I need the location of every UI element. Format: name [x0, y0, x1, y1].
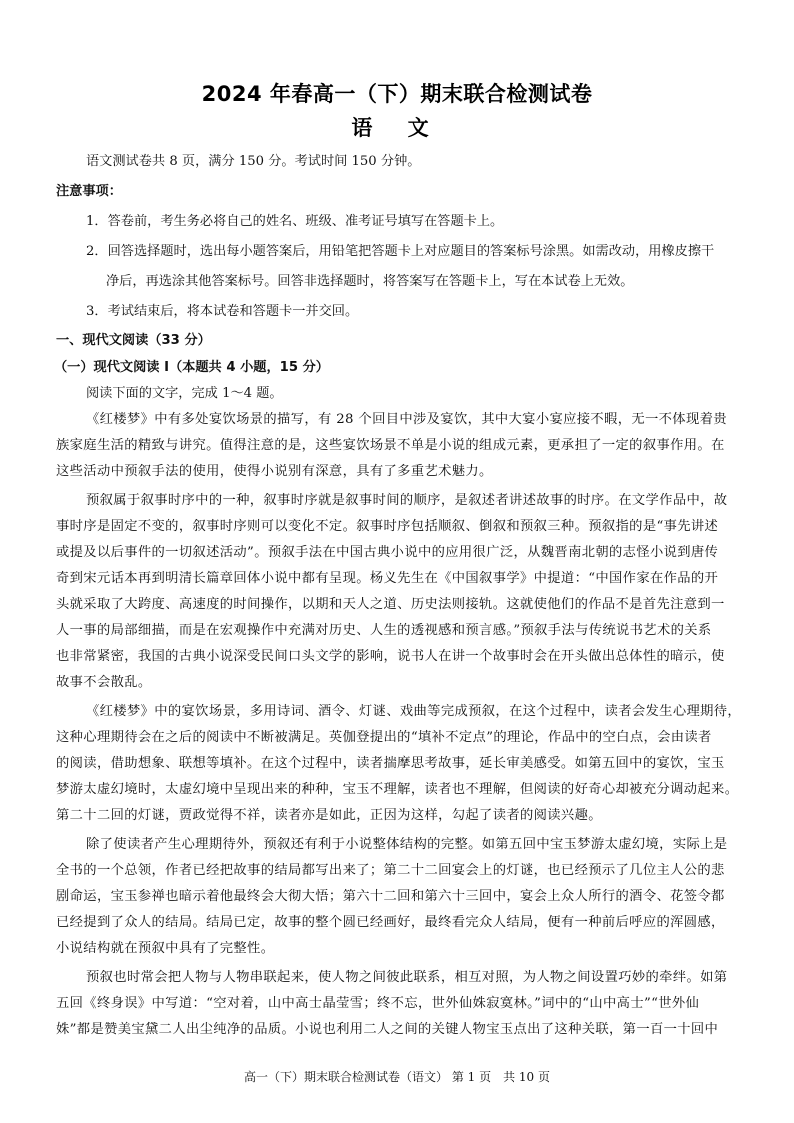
exam-page: 2024 年春高一（下）期末联合检测试卷 语 文 语文测试卷共 8 页，满分 1…: [0, 0, 794, 1123]
passage-line: 《红楼梦》中的宴饮场景，多用诗词、酒令、灯谜、戏曲等完成预叙，在这个过程中，读者…: [86, 700, 741, 719]
notice-item: 3．考试结束后，将本试卷和答题卡一并交回。: [86, 300, 358, 319]
passage-line: 全书的一个总领，作者已经把故事的结局都写出来了；第二十二回宴会上的灯谜，也已经预…: [56, 859, 725, 878]
passage-line: 《红楼梦》中有多处宴饮场景的描写，有 28 个回目中涉及宴饮，其中大宴小宴应接不…: [86, 408, 727, 427]
exam-intro: 语文测试卷共 8 页，满分 150 分。考试时间 150 分钟。: [86, 150, 420, 169]
passage-line: 预叙也时常会把人物与人物串联起来，使人物之间彼此联系，相互对照，为人物之间设置巧…: [86, 966, 727, 985]
passage-line: 姝”都是赞美宝黛二人出尘纯净的品质。小说也利用二人之间的关键人物宝玉点出了这种关…: [56, 1018, 718, 1037]
passage-line: 小说结构就在预叙中具有了完整性。: [56, 937, 274, 956]
passage-line: 头就采取了大跨度、高速度的时间操作，以期和天人之道、历史法则接轨。这就使他们的作…: [56, 593, 725, 612]
passage-line: 这种心理期待会在之后的阅读中不断被满足。英伽登提出的“填补不定点”的理论，作品中…: [56, 726, 712, 745]
passage-line: 族家庭生活的精致与讲究。值得注意的是，这些宴饮场景不单是小说的组成元素，更承担了…: [56, 434, 725, 453]
section-heading: 一、现代文阅读（33 分）: [56, 329, 211, 348]
passage-line: 这些活动中预叙手法的使用，使得小说别有深意，具有了多重艺术魅力。: [56, 460, 493, 479]
passage-line: 预叙属于叙事时序中的一种，叙事时序就是叙事时间的顺序，是叙述者讲述故事的时序。在…: [86, 489, 727, 508]
passage-line: 人一事的局部细描，而是在宏观操作中充满对历史、人生的透视感和预言感。”预叙手法与…: [56, 619, 712, 638]
passage-line: 已经提到了众人的结局。结局已定，故事的整个圆已经画好，最终看完众人结局，便有一种…: [56, 911, 725, 930]
subject-title: 语 文: [0, 112, 794, 142]
passage-line: 的阅读，借助想象、联想等填补。在这个过程中，读者揣摩思考故事，延长审美感受。如第…: [56, 752, 725, 771]
passage-line: 事时序是固定不变的，叙事时序则可以变化不定。叙事时序包括顺叙、倒叙和预叙三种。预…: [56, 515, 718, 534]
passage-line: 故事不会散乱。: [56, 671, 152, 690]
passage-line: 奇到宋元话本再到明清长篇章回体小说中都有呈现。杨义先生在《中国叙事学》中提道：“…: [56, 567, 718, 586]
notice-item: 2．回答选择题时，选出每小题答案后，用铅笔把答题卡上对应题目的答案标号涂黑。如需…: [86, 240, 714, 259]
passage-line: 第二十二回的灯谜，贾政觉得不祥，读者亦是如此，正因为这样，勾起了读者的阅读兴趣。: [56, 804, 602, 823]
notice-heading: 注意事项：: [56, 180, 122, 199]
passage-line: 或提及以后事件的一切叙述活动”。预叙手法在中国古典小说中的应用很广泛，从魏晋南北…: [56, 541, 718, 560]
passage-line: 五回《终身误》中写道：“空对着，山中高士晶莹雪；终不忘，世外仙姝寂寞林。”词中的…: [56, 992, 699, 1011]
passage-line: 除了使读者产生心理期待外，预叙还有利于小说整体结构的完整。如第五回中宝玉梦游太虚…: [86, 833, 727, 852]
notice-item-continued: 净后，再选涂其他答案标号。回答非选择题时，将答案写在答题卡上，写在本试卷上无效。: [106, 270, 634, 289]
passage-line: 剧命运，宝玉参禅也暗示着他最终会大彻大悟；第六十二回和第六十三回中，宴会上众人所…: [56, 885, 725, 904]
passage-line: 也非常紧密，我国的古典小说深受民间口头文学的影响，说书人在讲一个故事时会在开头做…: [56, 645, 725, 664]
passage-line: 梦游太虚幻境时，太虚幻境中呈现出来的种种，宝玉不理解，读者也不理解，但阅读的好奇…: [56, 778, 738, 797]
reading-instruction: 阅读下面的文字，完成 1～4 题。: [86, 382, 283, 401]
page-footer: 高一（下）期末联合检测试卷（语文） 第 1 页 共 10 页: [0, 1068, 794, 1085]
notice-item: 1．答卷前，考生务必将自己的姓名、班级、准考证号填写在答题卡上。: [86, 210, 503, 229]
subsection-heading: （一）现代文阅读 I（本题共 4 小题，15 分）: [54, 356, 329, 375]
exam-title: 2024 年春高一（下）期末联合检测试卷: [0, 78, 794, 108]
